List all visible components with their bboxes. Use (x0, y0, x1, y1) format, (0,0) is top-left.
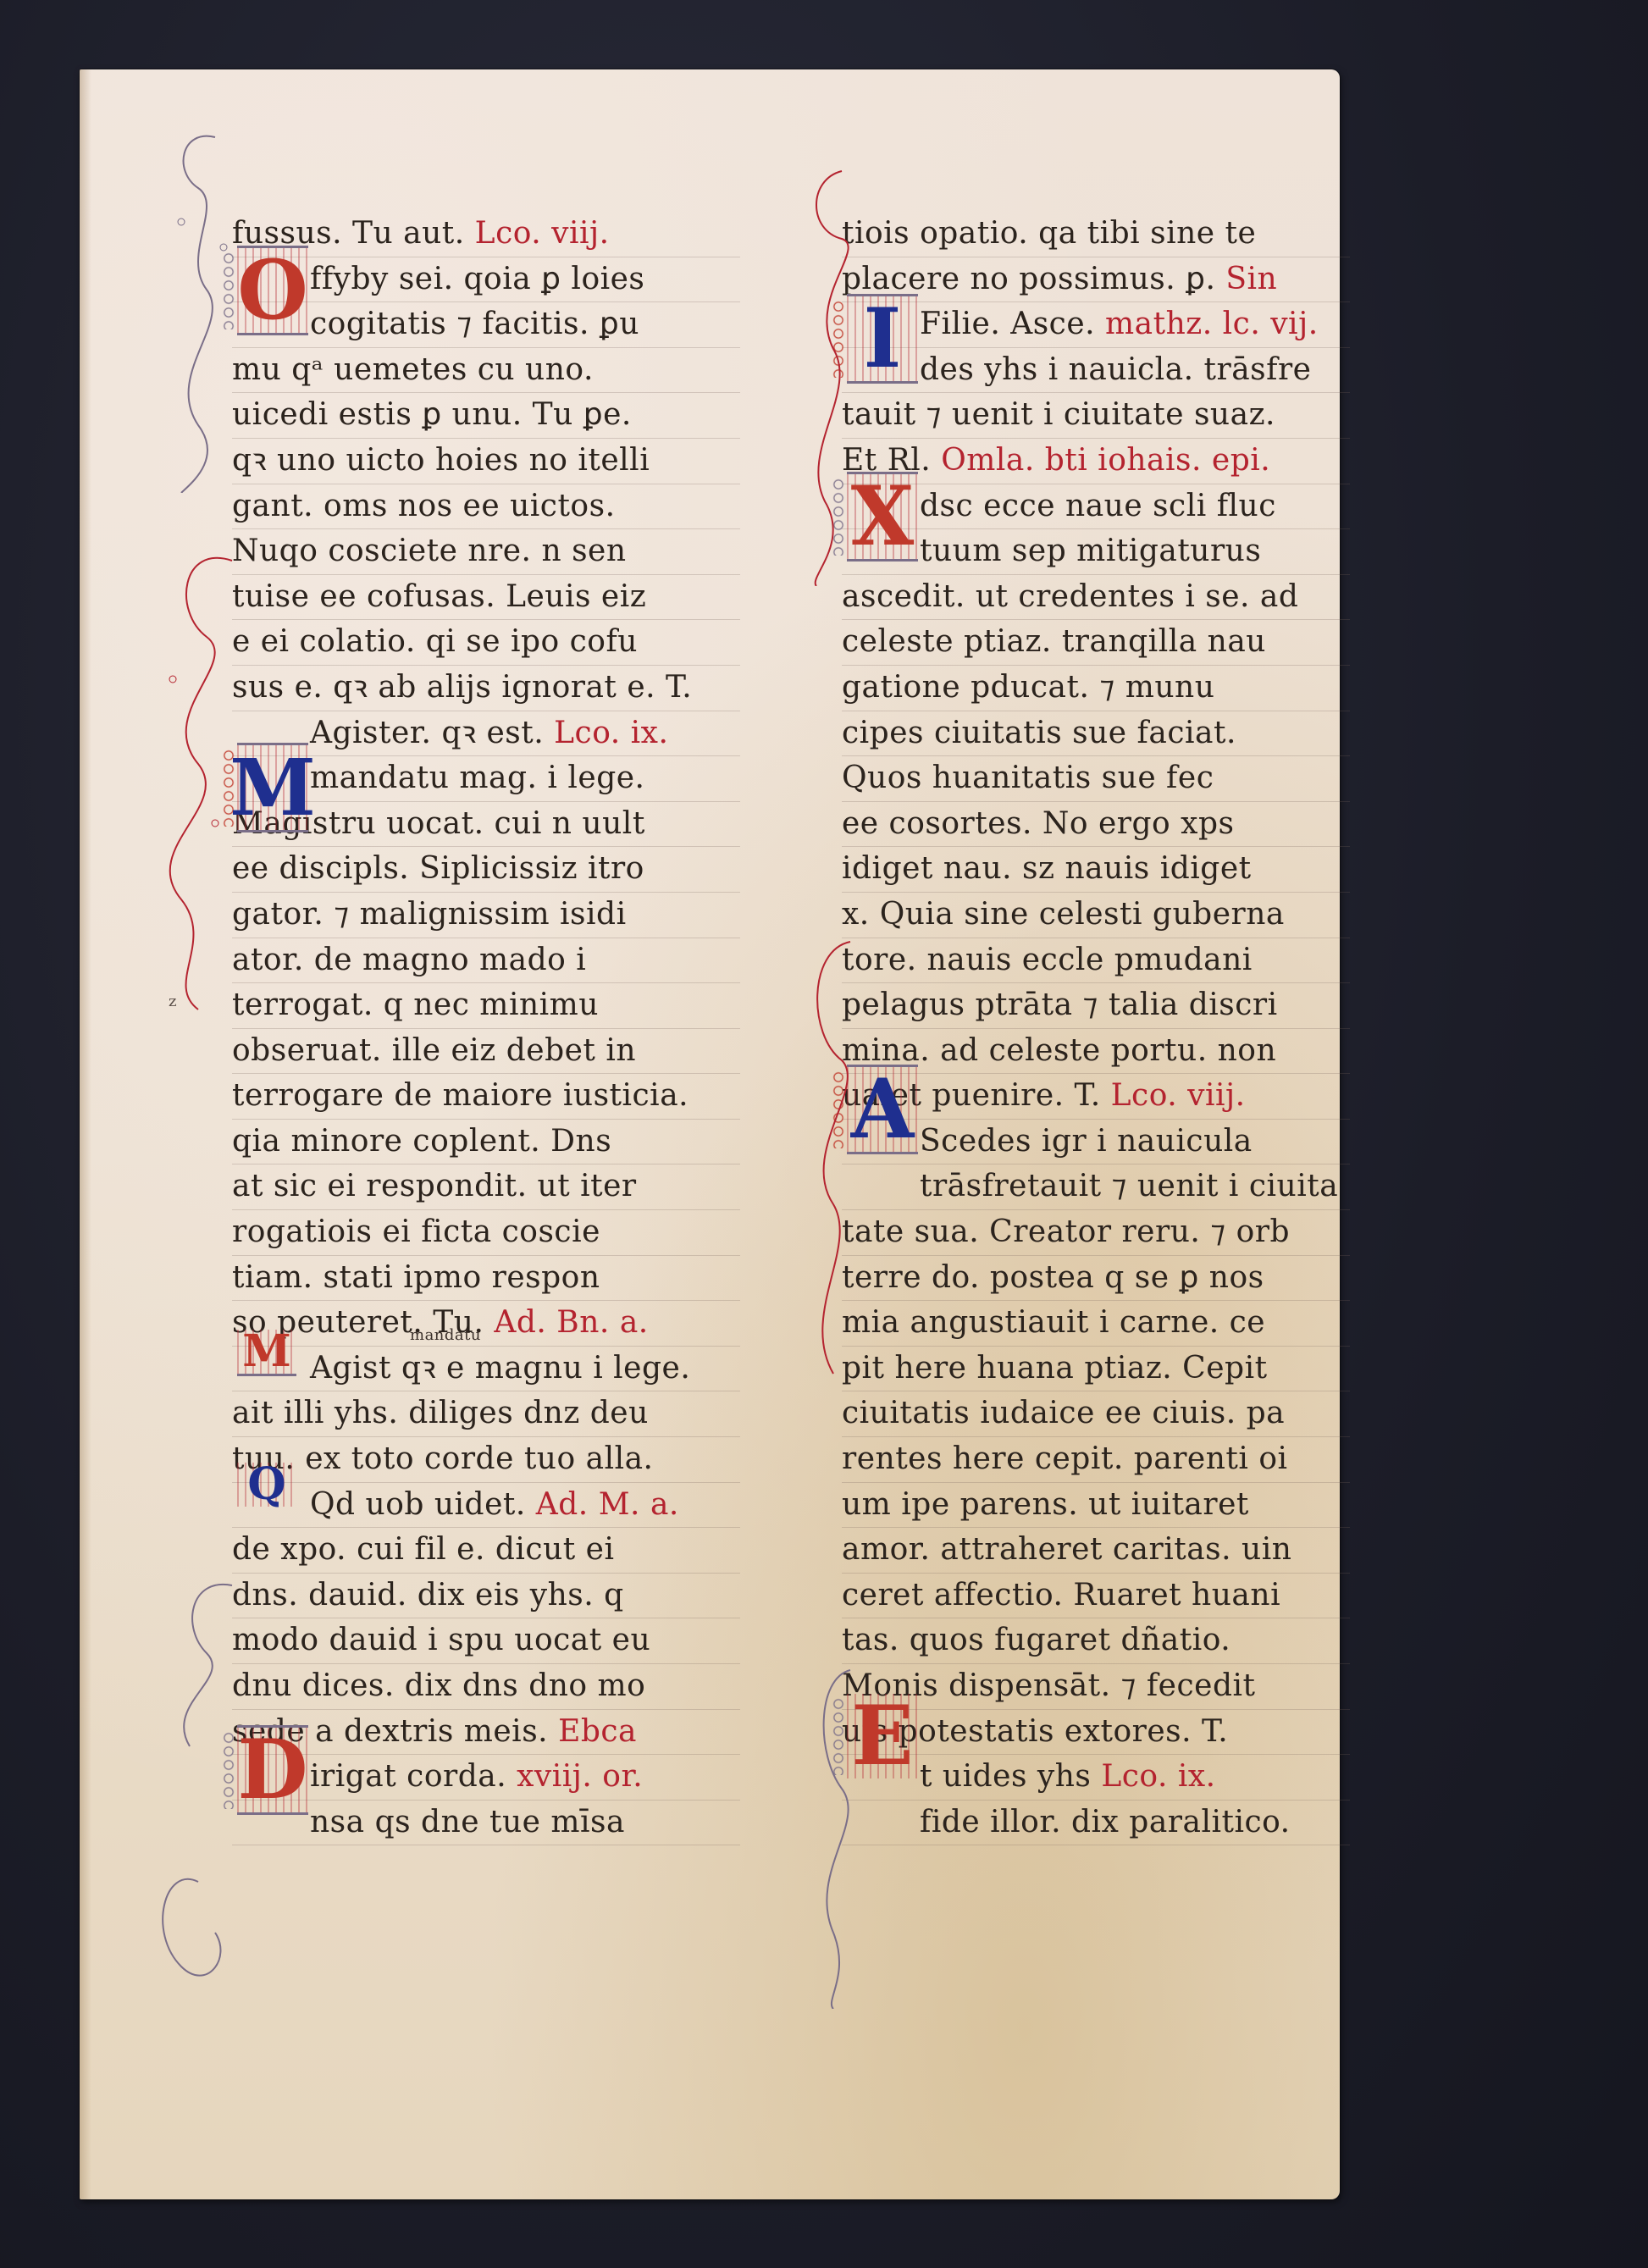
penwork-beads (832, 300, 845, 378)
text-line: x. Quia sine celesti guberna (842, 893, 1350, 938)
text-line: obseruat. ille eiz debet in (232, 1029, 740, 1075)
text-line: mina. ad celeste portu. non (842, 1029, 1350, 1075)
text-line: ee discipls. Siplicissiz itro (232, 847, 740, 893)
text-line: pelagus ptrāta ⁊ talia discri (842, 983, 1350, 1029)
penwork-beads (222, 252, 235, 329)
rubric: mathz. lc. vij. (1105, 307, 1319, 341)
text-line: tiam. stati ipmo respon (232, 1256, 740, 1302)
text-line: pit here huana ptiaz. Cepit (842, 1347, 1350, 1392)
rubric: Lco. viij. (475, 216, 610, 251)
initial-q: Q (237, 1463, 296, 1507)
rubric: Lco. ix. (554, 716, 668, 750)
text-line: sus e. qꝛ ab alijs ignorat e. T. (232, 666, 740, 711)
initial-a: A (847, 1065, 918, 1154)
text-line: uicedi estis ꝑ unu. Tu ꝑe. (232, 393, 740, 439)
text-line: qꝛ uno uicto hoies no itelli (232, 439, 740, 484)
text-line: gant. oms nos ee uictos. (232, 484, 740, 530)
text-line: fussus. Tu aut. Lco. viij. (232, 212, 740, 257)
text-line: cipes ciuitatis sue faciat. (842, 711, 1350, 757)
text-line: celeste ptiaz. tranqilla nau (842, 620, 1350, 666)
text-line: ee cosortes. No ergo xps (842, 802, 1350, 848)
text-line: de xpo. cui fil e. dicut ei (232, 1528, 740, 1574)
text-line: Scedes igr i nauicula (842, 1120, 1350, 1165)
text-line: t uides yhs Lco. ix. (842, 1755, 1350, 1801)
margin-note: z (169, 993, 176, 1010)
text-line: gatione pducat. ⁊ munu (842, 666, 1350, 711)
text-line: irigat corda. xviij. or. (232, 1755, 740, 1801)
text-line: um ipe parens. ut iuitaret (842, 1483, 1350, 1529)
text-line: rentes here cepit. parenti oi (842, 1437, 1350, 1483)
initial-m: M (237, 743, 308, 833)
initial-o: O (237, 246, 308, 335)
text-line: dns. dauid. dix eis yhs. q (232, 1574, 740, 1619)
text-line: Filie. Asce. mathz. lc. vij. (842, 302, 1350, 348)
text-line: tiois opatio. qa tibi sine te (842, 212, 1350, 257)
text-line: tate sua. Creator reru. ⁊ orb (842, 1210, 1350, 1256)
text-line: sede a dextris meis. Ebca (232, 1710, 740, 1756)
text-line: mandatuAgist qꝛ e magnu i lege. (232, 1347, 740, 1392)
text-line: nsa qs dne tue mīsa (232, 1801, 740, 1846)
text-line: tuum sep mitigaturus (842, 529, 1350, 575)
text-line: e ei colatio. qi se ipo cofu (232, 620, 740, 666)
initial-x: X (847, 472, 918, 561)
interlinear-gloss: mandatu (410, 1328, 481, 1343)
text-line: tore. nauis eccle pmudani (842, 938, 1350, 984)
text-line: tas. quos fugaret dñatio. (842, 1618, 1350, 1664)
text-line: uis potestatis extores. T. (842, 1710, 1350, 1756)
initial-m: M (237, 1330, 296, 1376)
text-line: ciuitatis iudaice ee ciuis. pa (842, 1391, 1350, 1437)
text-line: cogitatis ⁊ facitis. ꝑu (232, 302, 740, 348)
text-line: tuu. ex toto corde tuo alla. (232, 1437, 740, 1483)
text-line: dsc ecce naue scli fluc (842, 484, 1350, 530)
penwork-beads (832, 1070, 845, 1148)
rubric: Ad. M. a. (536, 1487, 679, 1522)
text-line: modo dauid i spu uocat eu (232, 1618, 740, 1664)
text-line: fide illor. dix paralitico. (842, 1801, 1350, 1846)
text-line: ceret affectio. Ruaret huani (842, 1574, 1350, 1619)
text-line: Et Rl. Omla. bti iohais. epi. (842, 439, 1350, 484)
initial-d: D (237, 1725, 308, 1815)
manuscript-leaf: fussus. Tu aut. Lco. viij. ffyby sei. qo… (80, 69, 1340, 2199)
text-line: trāsfretauit ⁊ uenit i ciuita (842, 1164, 1350, 1210)
text-line: tauit ⁊ uenit i ciuitate suaz. (842, 393, 1350, 439)
text-line: mu qᵃ uemetes cu uno. (232, 348, 740, 394)
right-text-column: tiois opatio. qa tibi sine te placere no… (842, 212, 1350, 1845)
text-line: placere no possimus. ꝑ. Sin (842, 257, 1350, 303)
text-line: amor. attraheret caritas. uin (842, 1528, 1350, 1574)
text-line: ualet puenire. T. Lco. viij. (842, 1074, 1350, 1120)
text-line: Monis dispensāt. ⁊ fecedit (842, 1664, 1350, 1710)
text-line: terrogare de maiore iusticia. (232, 1074, 740, 1120)
text-line: Nuqo cosciete nre. n sen (232, 529, 740, 575)
text-line: mia angustiauit i carne. ce (842, 1301, 1350, 1347)
text-line: ascedit. ut credentes i se. ad (842, 575, 1350, 621)
rubric: Lco. viij. (1111, 1078, 1246, 1113)
rubric: Omla. bti iohais. epi. (941, 443, 1270, 478)
penwork-beads (832, 1697, 845, 1775)
text-line: idiget nau. sz nauis idiget (842, 847, 1350, 893)
text-line: gator. ⁊ malignissim isidi (232, 893, 740, 938)
text-line: ator. de magno mado i (232, 938, 740, 984)
rubric: xviij. or. (517, 1759, 643, 1794)
rubric: Sin (1225, 262, 1277, 296)
text-line: at sic ei respondit. ut iter (232, 1164, 740, 1210)
text-line: so peuteret. Tu. Ad. Bn. a. (232, 1301, 740, 1347)
text-line: terrogat. q nec minimu (232, 983, 740, 1029)
text-line: ffyby sei. qoia ꝑ loies (232, 257, 740, 303)
initial-i: I (847, 294, 918, 384)
penwork-beads (222, 1731, 235, 1809)
text-line: Qd uob uidet. Ad. M. a. (232, 1483, 740, 1529)
rubric: Ad. Bn. a. (494, 1305, 648, 1340)
text-line: des yhs i nauicla. trāsfre (842, 348, 1350, 394)
penwork-beads (832, 478, 845, 556)
rubric: Lco. ix. (1101, 1759, 1215, 1794)
text-line: rogatiois ei ficta coscie (232, 1210, 740, 1256)
text-line: terre do. postea q se ꝑ nos (842, 1256, 1350, 1302)
text-line: qia minore coplent. Dns (232, 1120, 740, 1165)
text-line: Quos huanitatis sue fec (842, 756, 1350, 802)
text-line: dnu dices. dix dns dno mo (232, 1664, 740, 1710)
initial-e: E (847, 1694, 918, 1778)
text-line: ait illi yhs. diliges dnz deu (232, 1391, 740, 1437)
text-line: tuise ee cofusas. Leuis eiz (232, 575, 740, 621)
left-text-column: fussus. Tu aut. Lco. viij. ffyby sei. qo… (232, 212, 740, 1845)
rubric: Ebca (558, 1714, 637, 1749)
